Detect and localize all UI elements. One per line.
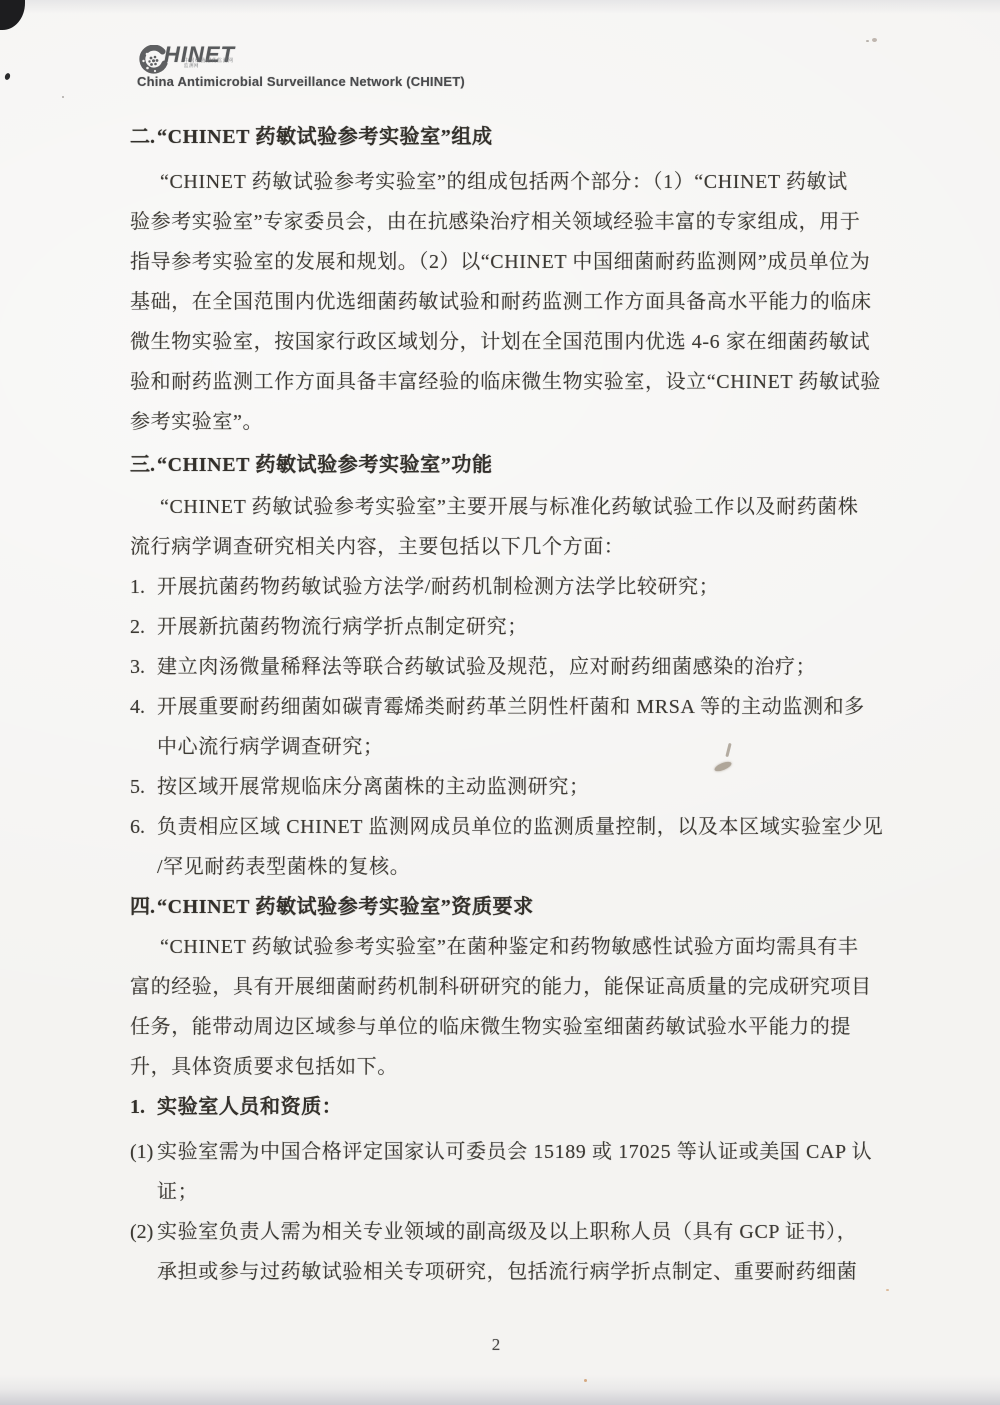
doc-line: “CHINET 药敏试验参考实验室”主要开展与标准化药敏试验工作以及耐药菌株: [130, 487, 890, 527]
doc-line: 参考实验室”。: [130, 402, 890, 442]
line-marker: 4.: [130, 687, 157, 727]
scan-speck: [62, 96, 64, 98]
doc-line: 流行病学调查研究相关内容，主要包括以下几个方面：: [130, 527, 890, 567]
scan-speck: [872, 38, 877, 42]
organization-name: China Antimicrobial Surveillance Network…: [137, 74, 465, 89]
line-marker: 5.: [130, 767, 157, 807]
line-text: 按区域开展常规临床分离菌株的主动监测研究；: [157, 776, 590, 798]
doc-line: 验参考实验室”专家委员会，由在抗感染治疗相关领域经验丰富的专家组成，用于: [130, 202, 890, 242]
doc-line: 升，具体资质要求包括如下。: [130, 1047, 890, 1087]
doc-line: 微生物实验室，按国家行政区域划分，计划在全国范围内优选 4-6 家在细菌药敏试: [130, 322, 890, 362]
scan-speck: [866, 40, 869, 42]
doc-line: 验和耐药监测工作方面具备丰富经验的临床微生物实验室，设立“CHINET 药敏试验: [130, 362, 890, 402]
section-heading: 二.“CHINET 药敏试验参考实验室”组成: [130, 117, 890, 157]
logo-wordmark: HINET: [164, 42, 235, 68]
line-marker: 1.: [130, 1087, 157, 1127]
scanned-document-page: HINET 中国细菌耐药监测网 监测网 China Antimicrobial …: [0, 0, 1000, 1405]
line-text: 验和耐药监测工作方面具备丰富经验的临床微生物实验室，设立“CHINET 药敏试验: [130, 371, 881, 393]
line-marker: 6.: [130, 807, 157, 847]
line-text: 建立肉汤微量稀释法等联合药敏试验及规范，应对耐药细菌感染的治疗；: [157, 656, 816, 678]
doc-line: 4.开展重要耐药细菌如碳青霉烯类耐药革兰阴性杆菌和 MRSA 等的主动监测和多: [130, 687, 890, 727]
doc-line: 基础，在全国范围内优选细菌药敏试验和耐药监测工作方面具备高水平能力的临床: [130, 282, 890, 322]
doc-line: 1.开展抗菌药物药敏试验方法学/耐药机制检测方法学比较研究；: [130, 567, 890, 607]
line-text: 证；: [130, 1172, 198, 1212]
line-text: 升，具体资质要求包括如下。: [130, 1056, 398, 1078]
line-text: 实验室负责人需为相关专业领域的副高级及以上职称人员（具有 GCP 证书），: [157, 1221, 857, 1243]
doc-line: “CHINET 药敏试验参考实验室”在菌种鉴定和药物敏感性试验方面均需具有丰: [130, 927, 890, 967]
doc-line: 任务，能带动周边区域参与单位的临床微生物实验室细菌药敏试验水平能力的提: [130, 1007, 890, 1047]
doc-line: 中心流行病学调查研究；: [130, 727, 890, 767]
line-text: “CHINET 药敏试验参考实验室”在菌种鉴定和药物敏感性试验方面均需具有丰: [130, 936, 859, 958]
doc-line: (1)实验室需为中国合格评定国家认可委员会 15189 或 17025 等认证或…: [130, 1132, 890, 1172]
line-text: /罕见耐药表型菌株的复核。: [130, 847, 410, 887]
line-marker: 2.: [130, 607, 157, 647]
scan-edge-dot: [4, 72, 11, 80]
doc-line: 2.开展新抗菌药物流行病学折点制定研究；: [130, 607, 890, 647]
line-marker: (2): [130, 1212, 157, 1252]
page-number: 2: [0, 1335, 992, 1355]
line-marker: 3.: [130, 647, 157, 687]
line-text: 开展抗菌药物药敏试验方法学/耐药机制检测方法学比较研究；: [157, 576, 719, 598]
doc-line: 6.负责相应区域 CHINET 监测网成员单位的监测质量控制，以及本区域实验室少…: [130, 807, 890, 847]
line-marker: 二.: [130, 117, 157, 157]
line-text: 负责相应区域 CHINET 监测网成员单位的监测质量控制，以及本区域实验室少见: [157, 816, 883, 838]
line-text: 实验室需为中国合格评定国家认可委员会 15189 或 17025 等认证或美国 …: [157, 1141, 872, 1163]
line-text: 开展重要耐药细菌如碳青霉烯类耐药革兰阴性杆菌和 MRSA 等的主动监测和多: [157, 696, 865, 718]
doc-line: 承担或参与过药敏试验相关专项研究，包括流行病学折点制定、重要耐药细菌: [130, 1252, 890, 1292]
line-text: 承担或参与过药敏试验相关专项研究，包括流行病学折点制定、重要耐药细菌: [130, 1252, 857, 1292]
line-text: 富的经验，具有开展细菌耐药机制科研研究的能力，能保证高质量的完成研究项目: [130, 976, 872, 998]
doc-line: 富的经验，具有开展细菌耐药机制科研研究的能力，能保证高质量的完成研究项目: [130, 967, 890, 1007]
line-text: 验参考实验室”专家委员会，由在抗感染治疗相关领域经验丰富的专家组成，用于: [130, 211, 860, 233]
line-text: 参考实验室”。: [130, 411, 263, 433]
logo-subtext-cn2: 监测网: [184, 65, 199, 70]
line-marker: 四.: [130, 887, 157, 927]
doc-line: (2)实验室负责人需为相关专业领域的副高级及以上职称人员（具有 GCP 证书），: [130, 1212, 890, 1252]
line-text: 基础，在全国范围内优选细菌药敏试验和耐药监测工作方面具备高水平能力的临床: [130, 291, 872, 313]
doc-line: 5.按区域开展常规临床分离菌株的主动监测研究；: [130, 767, 890, 807]
line-text: 流行病学调查研究相关内容，主要包括以下几个方面：: [130, 536, 624, 558]
line-text: 微生物实验室，按国家行政区域划分，计划在全国范围内优选 4-6 家在细菌药敏试: [130, 331, 870, 353]
document-body: 二.“CHINET 药敏试验参考实验室”组成“CHINET 药敏试验参考实验室”…: [130, 117, 890, 1292]
line-text: 任务，能带动周边区域参与单位的临床微生物实验室细菌药敏试验水平能力的提: [130, 1016, 851, 1038]
doc-line: 3.建立肉汤微量稀释法等联合药敏试验及规范，应对耐药细菌感染的治疗；: [130, 647, 890, 687]
line-marker: 1.: [130, 567, 157, 607]
line-text: 开展新抗菌药物流行病学折点制定研究；: [157, 616, 528, 638]
scan-speck: [584, 1379, 587, 1382]
doc-line: “CHINET 药敏试验参考实验室”的组成包括两个部分：（1）“CHINET 药…: [130, 162, 890, 202]
line-text: “CHINET 药敏试验参考实验室”功能: [157, 454, 493, 476]
doc-line: 1.实验室人员和资质：: [130, 1087, 890, 1127]
doc-line: 证；: [130, 1172, 890, 1212]
section-heading: 四.“CHINET 药敏试验参考实验室”资质要求: [130, 887, 890, 927]
line-text: “CHINET 药敏试验参考实验室”组成: [157, 126, 493, 148]
line-text: “CHINET 药敏试验参考实验室”的组成包括两个部分：（1）“CHINET 药…: [130, 171, 848, 193]
line-text: 实验室人员和资质：: [157, 1096, 342, 1118]
line-marker: (1): [130, 1132, 157, 1172]
doc-line: 指导参考实验室的发展和规划。（2）以“CHINET 中国细菌耐药监测网”成员单位…: [130, 242, 890, 282]
line-marker: 三.: [130, 445, 157, 485]
line-text: 指导参考实验室的发展和规划。（2）以“CHINET 中国细菌耐药监测网”成员单位…: [130, 251, 870, 273]
scan-corner-mark: [0, 0, 25, 30]
line-text: 中心流行病学调查研究；: [130, 727, 384, 767]
line-text: “CHINET 药敏试验参考实验室”资质要求: [157, 896, 534, 918]
section-heading: 三.“CHINET 药敏试验参考实验室”功能: [130, 445, 890, 485]
doc-line: /罕见耐药表型菌株的复核。: [130, 847, 890, 887]
line-text: “CHINET 药敏试验参考实验室”主要开展与标准化药敏试验工作以及耐药菌株: [130, 496, 859, 518]
